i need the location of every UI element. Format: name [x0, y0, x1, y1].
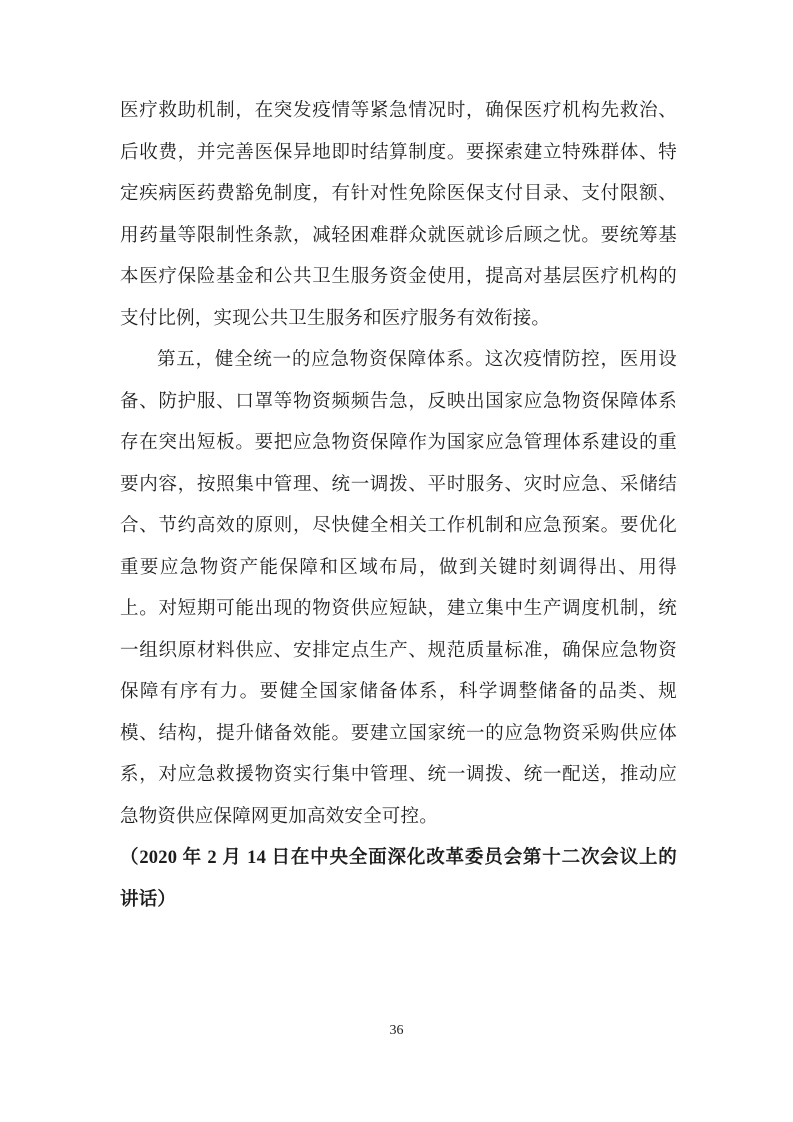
body-paragraph-1: 医疗救助机制，在突发疫情等紧急情况时，确保医疗机构先救治、后收费，并完善医保异地…	[120, 91, 677, 340]
page-number: 36	[0, 1021, 793, 1041]
document-body: 医疗救助机制，在突发疫情等紧急情况时，确保医疗机构先救治、后收费，并完善医保异地…	[120, 91, 677, 921]
attribution-line: （2020 年 2 月 14 日在中央全面深化改革委员会第十二次会议上的讲话）	[120, 838, 677, 921]
body-paragraph-2: 第五，健全统一的应急物资保障体系。这次疫情防控，医用设备、防护服、口罩等物资频频…	[120, 340, 677, 838]
document-page: 医疗救助机制，在突发疫情等紧急情况时，确保医疗机构先救治、后收费，并完善医保异地…	[0, 0, 793, 1122]
